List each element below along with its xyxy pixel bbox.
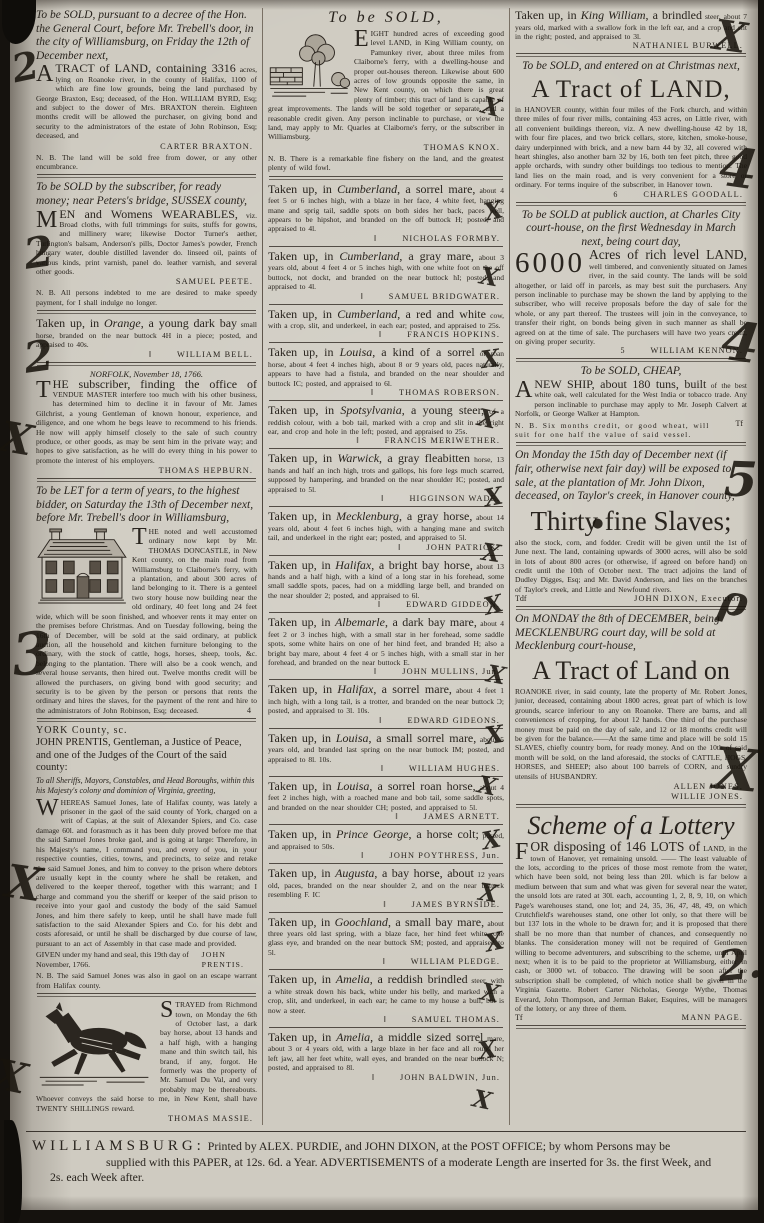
imprint-line-3: 2s. each Week after.: [32, 1170, 738, 1186]
lead-rest: , a red and white: [397, 307, 486, 321]
ad-note: N. B. There is a remarkable fine fishery…: [268, 154, 504, 173]
ad-lead: Taken up, in Cumberland, a gray mare,: [268, 249, 474, 263]
taken-up-prefix: Taken up, in: [268, 972, 331, 986]
taken-up-ad: Taken up, in Louisa, a sorrel roan horse…: [268, 780, 504, 821]
signature: CHARLES GOODALL.: [643, 190, 743, 199]
ad-kicker: On Monday the 15th day of December next …: [515, 449, 747, 503]
ad-new-ship: To be SOLD, CHEAP, ANEW SHIP, about 180 …: [515, 365, 747, 439]
signature: JOHN PATRICK.: [427, 543, 500, 552]
signature: JOHN BALDWIN, Jun.: [400, 1073, 500, 1082]
signature-row: ‖JOHN MULLINS, Jun.: [268, 667, 500, 676]
taken-up-prefix: Taken up, in: [268, 509, 331, 523]
ad-lead: Taken up, in Mecklenburg, a gray horse,: [268, 509, 472, 523]
imprint-line-1: WILLIAMSBURG: Printed by ALEX. PURDIE, a…: [32, 1139, 738, 1155]
signature-row: 5WILLIAM KENNON.: [515, 346, 743, 355]
ad-body: FOR disposing of 146 LOTS of LAND, in th…: [515, 842, 747, 1013]
county-name: Halifax: [335, 558, 371, 572]
ad-body: THE noted and well accustomed ordinary n…: [36, 527, 257, 715]
signature: JOHN PRENTIS.: [202, 950, 257, 969]
signature-row: ‖EDWARD GIDDEON.: [268, 600, 500, 609]
county-name: Albemarle: [335, 615, 385, 629]
printer-mark: Tf: [515, 1013, 523, 1022]
ad-divider: [516, 1025, 746, 1029]
ad-lead: OR disposing of 146 LOTS of: [530, 839, 700, 854]
signature: THOMAS ROBERSON.: [399, 388, 500, 397]
ad-lead: Taken up, in Halifax, a sorrel mare,: [268, 682, 452, 696]
signature: JOHN MULLINS, Jun.: [402, 667, 500, 676]
signature-row: ‖THOMAS ROBERSON.: [268, 388, 500, 397]
ad-heading: To be SOLD,: [268, 9, 504, 27]
county-name: Louisa: [337, 779, 370, 793]
lead-rest: , a gray fleabitten: [379, 451, 470, 465]
section-mark: ‖: [356, 436, 358, 445]
lead-rest: , a bay horse, about: [374, 866, 473, 880]
signature: JAMES ARNETT.: [424, 812, 500, 821]
ad-lead: Taken up, in Halifax, a bright bay horse…: [268, 558, 473, 572]
ad-body: Taken up, in Amelia, a middle sized sorr…: [268, 1031, 504, 1073]
columns: To be SOLD, pursuant to a decree of the …: [10, 0, 758, 1125]
ad-kicker: On MONDAY the 8th of DECEMBER, being MEC…: [515, 613, 747, 654]
signature: FRANCIS HOPKINS.: [407, 330, 500, 339]
section-mark: ‖: [383, 900, 385, 909]
signature: WILLIAM PLEDGE.: [411, 957, 500, 966]
lead-rest: , a middle sized sorrel: [370, 1030, 483, 1044]
ad-divider: [516, 804, 746, 808]
county-name: Amelia: [336, 972, 370, 986]
ad-note: N. B. The said Samuel Jones was also in …: [36, 971, 257, 990]
taken-up-prefix: Taken up, in: [268, 615, 330, 629]
signature: JOHN DIXON, Executor.: [634, 594, 743, 603]
ad-lead: Taken up, in Warwick, a gray fleabitten: [268, 451, 470, 465]
ad-body: Taken up, in Orange, a young dark bay sm…: [36, 317, 257, 349]
signature-row: ‖EDWARD GIDEONS.: [268, 716, 500, 725]
ad-divider: [269, 969, 503, 970]
ad-hanover-lottery: Scheme of a Lottery FOR disposing of 146…: [515, 811, 747, 1022]
taken-up-ad: Taken up, in Prince George, a horse colt…: [268, 828, 504, 860]
section-mark: ‖: [361, 292, 363, 301]
heading-writ: To all Sheriffs, Mayors, Constables, and…: [36, 776, 257, 796]
ad-peete-wearables: To be SOLD by the subscriber, for ready …: [36, 181, 257, 307]
ad-divider: [269, 506, 503, 507]
lead-rest: , a sorrel mare,: [397, 182, 475, 196]
ad-divider: [269, 912, 503, 913]
landscape-woodcut: [268, 30, 350, 100]
signature-row: NATHANIEL BURWELL.: [515, 41, 743, 50]
ad-divider: [269, 728, 503, 729]
lead-rest: , a sorrel roan horse,: [369, 779, 475, 793]
section-mark: ‖: [384, 1015, 386, 1024]
county-name: Louisa: [336, 731, 369, 745]
ad-body: STRAYED from Richmond town, on Monday th…: [36, 1000, 257, 1113]
signature-row: ‖JAMES BYRNSIDE.: [268, 900, 500, 909]
ad-kicker: To be SOLD, and entered on at Christmas …: [515, 60, 747, 74]
taken-up-ad: Taken up, in Warwick, a gray fleabitten …: [268, 452, 504, 503]
ad-divider: [516, 202, 746, 206]
ad-prentis-warrant: YORK County, sc. JOHN PRENTIS, Gentleman…: [36, 725, 257, 990]
acreage-number: 6000: [515, 250, 589, 277]
printer-mark: 4: [247, 706, 257, 715]
lead-rest: , a gray mare,: [399, 249, 474, 263]
ad-text: in HANOVER county, within four miles of …: [515, 105, 747, 190]
column-rule: [509, 8, 510, 1125]
ad-divider: [516, 606, 746, 610]
ad-body: EIGHT hundred acres of exceeding good le…: [268, 29, 504, 142]
printer-mark: Tf: [735, 419, 743, 440]
county-name: Amelia: [336, 1030, 370, 1044]
ad-divider: [37, 718, 256, 722]
ad-divider: [269, 342, 503, 343]
ad-divider: [269, 555, 503, 556]
section-mark: ‖: [371, 388, 373, 397]
section-mark: ‖: [382, 957, 384, 966]
ad-divider: [37, 478, 256, 482]
ad-divider: [516, 442, 746, 446]
ad-lead: Taken up, in Augusta, a bay horse, about: [268, 866, 474, 880]
ad-body: Taken up, in Mecklenburg, a gray horse, …: [268, 510, 504, 542]
signature-row: ‖SAMUEL THOMAS.: [268, 1015, 500, 1024]
county-name: Spotsylvania: [340, 403, 401, 417]
ad-body: Taken up, in Cumberland, a red and white…: [268, 308, 504, 331]
ad-kicker: To be SOLD by the subscriber, for ready …: [36, 181, 257, 208]
ad-lead: EN and Womens WEARABLES,: [59, 207, 238, 221]
ad-lead: Taken up, in Prince George, a horse colt…: [268, 827, 479, 841]
taken-up-prefix: Taken up, in: [268, 451, 332, 465]
horse-woodcut: [36, 1001, 156, 1091]
ad-lead: TRACT of LAND, containing 3316: [55, 61, 235, 75]
taken-up-ad: Taken up, in Augusta, a bay horse, about…: [268, 867, 504, 908]
taken-up-ad: Taken up, in Albemarle, a dark bay mare,…: [268, 616, 504, 676]
ad-text: VENDUE MASTER interfere too much with hi…: [36, 390, 257, 465]
column-left: To be SOLD, pursuant to a decree of the …: [36, 6, 257, 1125]
section-mark: ‖: [379, 330, 381, 339]
signature: FRANCIS MERIWETHER.: [385, 436, 500, 445]
signature: THOMAS MASSIE.: [36, 1114, 253, 1123]
lead-rest: , a young dark bay: [141, 316, 237, 330]
ad-divider: [269, 176, 503, 180]
ad-body: Taken up, in King William, a brindled st…: [515, 9, 747, 41]
signature: SAMUEL BRIDGWATER.: [389, 292, 500, 301]
taken-up-ad: Taken up, in Amelia, a reddish brindled …: [268, 973, 504, 1024]
ad-lead: Taken up, in Goochland, a small bay mare…: [268, 915, 484, 929]
signature: SAMUEL PEETE.: [36, 277, 253, 286]
county-name: Cumberland: [337, 182, 397, 196]
ad-doncastle-ordinary: To be LET for a term of years, to the hi…: [36, 485, 257, 715]
dropcap: W: [36, 798, 61, 818]
signature: NATHANIEL BURWELL.: [633, 41, 743, 50]
lead-rest: , a young steer,: [402, 403, 484, 417]
signature: CARTER BRAXTON.: [36, 142, 253, 151]
taken-up-prefix: Taken up, in: [268, 731, 331, 745]
ad-lead: Taken up, in Orange, a young dark bay: [36, 316, 237, 330]
imprint-line-2: supplied with this PAPER, at 12s. 6d. a …: [32, 1155, 738, 1171]
taken-up-ad: Taken up, in Cumberland, a red and white…: [268, 308, 504, 340]
ad-body: WHEREAS Samuel Jones, late of Halifax co…: [36, 798, 257, 949]
section-mark: ‖: [374, 667, 376, 676]
ad-body: Taken up, in Cumberland, a sorrel mare, …: [268, 183, 504, 234]
taken-up-prefix: Taken up, in: [268, 866, 331, 880]
signature-row: ‖JOHN POYTHRESS, Jun.: [268, 851, 500, 860]
signature: THOMAS KNOX.: [268, 143, 500, 152]
lead-rest: , a kind of a sorrel: [372, 345, 474, 359]
house-woodcut: [36, 528, 128, 606]
signature-row: ‖FRANCIS MERIWETHER.: [268, 436, 500, 445]
ad-body: THE subscriber, finding the office of VE…: [36, 380, 257, 466]
ad-kicker: To be SOLD, pursuant to a decree of the …: [36, 9, 257, 63]
county-name: Prince George: [336, 827, 408, 841]
dropcap: E: [354, 29, 371, 49]
ad-lead: Taken up, in Amelia, a reddish brindled: [268, 972, 468, 986]
ad-lead: NEW SHIP, about 180 tuns, built: [534, 377, 706, 391]
section-mark: ‖: [395, 812, 397, 821]
section-mark: ‖: [372, 1073, 374, 1082]
ad-kennon-6000-acres: To be SOLD at publick auction, at Charle…: [515, 209, 747, 356]
ad-lead: Taken up, in Amelia, a middle sized sorr…: [268, 1030, 483, 1044]
lead-rest: , a small sorrel mare,: [369, 731, 477, 745]
county-name: Louisa: [340, 345, 373, 359]
ad-lead: Taken up, in Albemarle, a dark bay mare,: [268, 615, 477, 629]
taken-up-prefix: Taken up, in: [268, 779, 332, 793]
taken-up-prefix: Taken up, in: [268, 682, 332, 696]
taken-up-ad: Taken up, in Louisa, a kind of a sorrel …: [268, 346, 504, 397]
taken-up-ad: Taken up, in Amelia, a middle sized sorr…: [268, 1031, 504, 1082]
section-mark: ‖: [374, 234, 376, 243]
ad-text: viz. Broad cloths, with full trimmings f…: [36, 211, 257, 276]
county-name: King William: [581, 8, 646, 22]
taken-up-ad: Taken up, in Goochland, a small bay mare…: [268, 916, 504, 967]
taken-up-ad: Taken up, in Spotsylvania, a young steer…: [268, 404, 504, 445]
taken-up-prefix: Taken up, in: [268, 558, 331, 572]
signature: WILLIAM HUGHES.: [409, 764, 500, 773]
taken-up-prefix: Taken up, in: [268, 307, 332, 321]
taken-up-prefix: Taken up, in: [36, 316, 99, 330]
ad-braxton-land: To be SOLD, pursuant to a decree of the …: [36, 9, 257, 171]
signature-row: ‖FRANCIS HOPKINS.: [268, 330, 500, 339]
ad-divider: [269, 304, 503, 305]
ad-divider: [269, 863, 503, 864]
signature-row: ‖JAMES ARNETT.: [268, 812, 500, 821]
county-name: Warwick: [337, 451, 379, 465]
ad-note: N. B. The land will be sold free from do…: [36, 153, 257, 172]
ad-body: Taken up, in Amelia, a reddish brindled …: [268, 973, 504, 1015]
note-row: N. B. Six months credit, or good wheat, …: [515, 419, 743, 440]
ad-lead: Taken up, in Louisa, a small sorrel mare…: [268, 731, 476, 745]
ad-goodall-tract: To be SOLD, and entered on at Christmas …: [515, 60, 747, 198]
section-mark: ‖: [381, 494, 383, 503]
newspaper-scan-page: { "shared": { "prefix": "Taken up, in", …: [0, 0, 764, 1223]
ad-lead: Taken up, in Louisa, a sorrel roan horse…: [268, 779, 476, 793]
newspaper-page: To be SOLD, pursuant to a decree of the …: [10, 0, 758, 1210]
taken-up-prefix: Taken up, in: [268, 915, 330, 929]
ad-text: HEREAS Samuel Jones, late of Halifax cou…: [36, 798, 257, 948]
dropcap: F: [515, 842, 530, 862]
ad-divider: [269, 679, 503, 680]
signature: MANN PAGE.: [682, 1013, 743, 1022]
dropcap: M: [36, 210, 59, 230]
ad-knox-land: To be SOLD,: [268, 9, 504, 173]
dropcap: A: [515, 380, 534, 400]
signature: THOMAS HEPBURN.: [36, 466, 253, 475]
section-mark: ‖: [378, 600, 380, 609]
signature-row: ‖SAMUEL BRIDGWATER.: [268, 292, 500, 301]
signature-row: ‖JOHN PATRICK.: [268, 543, 500, 552]
ad-body: Taken up, in Prince George, a horse colt…: [268, 828, 504, 851]
section-mark: ‖: [379, 716, 381, 725]
ad-hepburn-vendue: NORFOLK, November 18, 1766. THE subscrib…: [36, 369, 257, 476]
signature: HIGGINSON WADE.: [409, 494, 500, 503]
ad-divider: [37, 362, 256, 366]
taken-up-ad: Taken up, in Cumberland, a sorrel mare, …: [268, 183, 504, 243]
heading-justice: JOHN PRENTIS, Gentleman, a Justice of Pe…: [36, 737, 257, 775]
ad-body: MEN and Womens WEARABLES, viz. Broad clo…: [36, 210, 257, 277]
signature-row: ‖JOHN BALDWIN, Jun.: [268, 1073, 500, 1082]
taken-up-ad: Taken up, in Halifax, a sorrel mare, abo…: [268, 683, 504, 724]
taken-up-ad-orange: Taken up, in Orange, a young dark bay sm…: [36, 317, 257, 358]
ad-divider: [516, 358, 746, 362]
attestation-row: GIVEN under my hand and seal, this 19th …: [36, 950, 257, 969]
ad-lead: HE subscriber, finding the office of: [53, 377, 257, 391]
taken-up-ad: Taken up, in Louisa, a small sorrel mare…: [268, 732, 504, 773]
printer-mark: 5: [620, 346, 624, 355]
ad-lead: Taken up, in Cumberland, a red and white: [268, 307, 486, 321]
ad-text: ROANOKE river, in said county, late the …: [515, 687, 747, 781]
lead-rest: , a dark bay mare,: [385, 615, 477, 629]
ad-body: Taken up, in Louisa, a sorrel roan horse…: [268, 780, 504, 812]
taken-up-ad: Taken up, in Cumberland, a gray mare, ab…: [268, 250, 504, 301]
signature-row: 6CHARLES GOODALL.: [515, 190, 743, 199]
taken-up-prefix: Taken up, in: [268, 182, 332, 196]
ad-divider: [269, 1027, 503, 1028]
column-middle: To be SOLD,: [268, 6, 504, 1084]
taken-up-prefix: Taken up, in: [268, 345, 334, 359]
column-right: Taken up, in King William, a brindled st…: [515, 6, 747, 1032]
ad-text: also the stock, corn, and fodder. Credit…: [515, 538, 747, 594]
imprint-city: WILLIAMSBURG:: [32, 1138, 205, 1154]
ad-text: LAND, in the town of Hanover, yet remain…: [515, 844, 747, 1013]
taken-up-prefix: Taken up, in: [268, 1030, 331, 1044]
lead-rest: , a brindled: [646, 8, 702, 22]
signature-row: ‖WILLIAM PLEDGE.: [268, 957, 500, 966]
display-headline: Thirty fine Slaves;: [515, 506, 747, 536]
lead-rest: , a sorrel mare,: [373, 682, 452, 696]
ad-divider: [269, 612, 503, 613]
printer-mark: Tdf: [515, 594, 527, 603]
ad-body: Taken up, in Halifax, a bright bay horse…: [268, 559, 504, 601]
taken-up-prefix: Taken up, in: [268, 827, 331, 841]
county-name: Cumberland: [339, 249, 399, 263]
taken-up-ad: Taken up, in Halifax, a bright bay horse…: [268, 559, 504, 610]
taken-up-prefix: Taken up, in: [515, 8, 577, 22]
display-headline: Scheme of a Lottery: [515, 811, 747, 840]
section-mark: ‖: [361, 851, 363, 860]
signature: WILLIAM BELL.: [177, 350, 253, 359]
ad-divider: [516, 53, 746, 57]
county-name: Orange: [104, 316, 141, 330]
ad-body: Taken up, in Augusta, a bay horse, about…: [268, 867, 504, 899]
ad-body: Taken up, in Louisa, a small sorrel mare…: [268, 732, 504, 764]
ad-dixon-slaves-sale: On Monday the 15th day of December next …: [515, 449, 747, 603]
signature: ALLEN JONES,: [515, 782, 743, 791]
ad-divider: [37, 310, 256, 314]
signature: EDWARD GIDDEON.: [406, 600, 500, 609]
imprint-text: Printed by ALEX. PURDIE, and JOHN DIXON,…: [208, 1139, 670, 1153]
ad-divider: [269, 776, 503, 777]
heading-county: YORK County, sc.: [36, 725, 257, 736]
display-headline: A Tract of Land on: [515, 656, 747, 685]
ad-lead: Taken up, in King William, a brindled: [515, 8, 702, 22]
lead-rest: , a horse colt;: [409, 827, 479, 841]
ad-divider: [37, 174, 256, 178]
dropcap: S: [160, 1000, 175, 1020]
taken-up-ad-king-william: Taken up, in King William, a brindled st…: [515, 9, 747, 50]
ad-jones-roanoke-tract: On MONDAY the 8th of DECEMBER, being MEC…: [515, 613, 747, 801]
ad-body: Taken up, in Goochland, a small bay mare…: [268, 916, 504, 958]
section-mark: ‖: [381, 764, 383, 773]
ad-lead: Taken up, in Louisa, a kind of a sorrel: [268, 345, 475, 359]
ad-lead: Taken up, in Cumberland, a sorrel mare,: [268, 182, 475, 196]
ad-body: Taken up, in Louisa, a kind of a sorrel …: [268, 346, 504, 388]
section-mark: ‖: [398, 543, 400, 552]
signature: JAMES BYRNSIDE.: [412, 900, 500, 909]
ad-kicker: To be SOLD at publick auction, at Charle…: [515, 209, 747, 250]
signature: WILLIE JONES.: [515, 792, 743, 801]
ad-note: N. B. Six months credit, or good wheat, …: [515, 421, 709, 440]
dropcap: A: [36, 64, 55, 84]
ad-body: Taken up, in Warwick, a gray fleabitten …: [268, 452, 504, 494]
dropcap: T: [132, 527, 149, 547]
signature: SAMUEL THOMAS.: [412, 1015, 500, 1024]
signature-row: TdfJOHN DIXON, Executor.: [515, 594, 743, 603]
county-name: Augusta: [335, 866, 374, 880]
ad-lead: Taken up, in Spotsylvania, a young steer…: [268, 403, 484, 417]
taken-up-prefix: Taken up, in: [268, 249, 333, 263]
ad-lead: Acres of rich level LAND,: [589, 247, 747, 262]
signature-row: ‖NICHOLAS FORMBY.: [268, 234, 500, 243]
signature: JOHN POYTHRESS, Jun.: [389, 851, 500, 860]
signature: NICHOLAS FORMBY.: [402, 234, 500, 243]
lead-rest: , a gray horse,: [399, 509, 472, 523]
signature: WILLIAM KENNON.: [650, 346, 743, 355]
signature-row: ‖HIGGINSON WADE.: [268, 494, 500, 503]
taken-up-prefix: Taken up, in: [268, 403, 334, 417]
printer-mark: 6: [613, 190, 617, 199]
lead-rest: , a small bay mare,: [388, 915, 484, 929]
ad-divider: [269, 400, 503, 401]
ad-divider: [37, 993, 256, 997]
ad-body: ATRACT of LAND, containing 3316 acres, l…: [36, 64, 257, 140]
imprint-footer: WILLIAMSBURG: Printed by ALEX. PURDIE, a…: [10, 1132, 758, 1186]
column-rule: [262, 8, 263, 1125]
ad-body: ANEW SHIP, about 180 tuns, built of the …: [515, 380, 747, 419]
ad-strayed-horse: STRAYED from Richmond town, on Monday th…: [36, 1000, 257, 1123]
county-name: Mecklenburg: [336, 509, 399, 523]
signature-row: ‖WILLIAM HUGHES.: [268, 764, 500, 773]
ad-body: Taken up, in Cumberland, a gray mare, ab…: [268, 250, 504, 292]
ad-note: N. B. All persons indebted to me are des…: [36, 288, 257, 307]
county-name: Goochland: [335, 915, 388, 929]
display-headline: A Tract of LAND,: [515, 76, 747, 103]
ad-body: 6000Acres of rich level LAND, well timbe…: [515, 250, 747, 346]
signature: EDWARD GIDEONS.: [407, 716, 500, 725]
ad-kicker: To be LET for a term of years, to the hi…: [36, 485, 257, 526]
lead-rest: , a reddish brindled: [370, 972, 468, 986]
lead-rest: , a bright bay horse,: [371, 558, 473, 572]
county-name: Cumberland: [337, 307, 397, 321]
ad-text: acres, lying on Roanoke river, in the co…: [36, 65, 257, 140]
ad-divider: [269, 246, 503, 247]
dropcap: T: [36, 380, 53, 400]
county-name: Halifax: [337, 682, 373, 696]
section-mark: ‖: [149, 350, 151, 359]
